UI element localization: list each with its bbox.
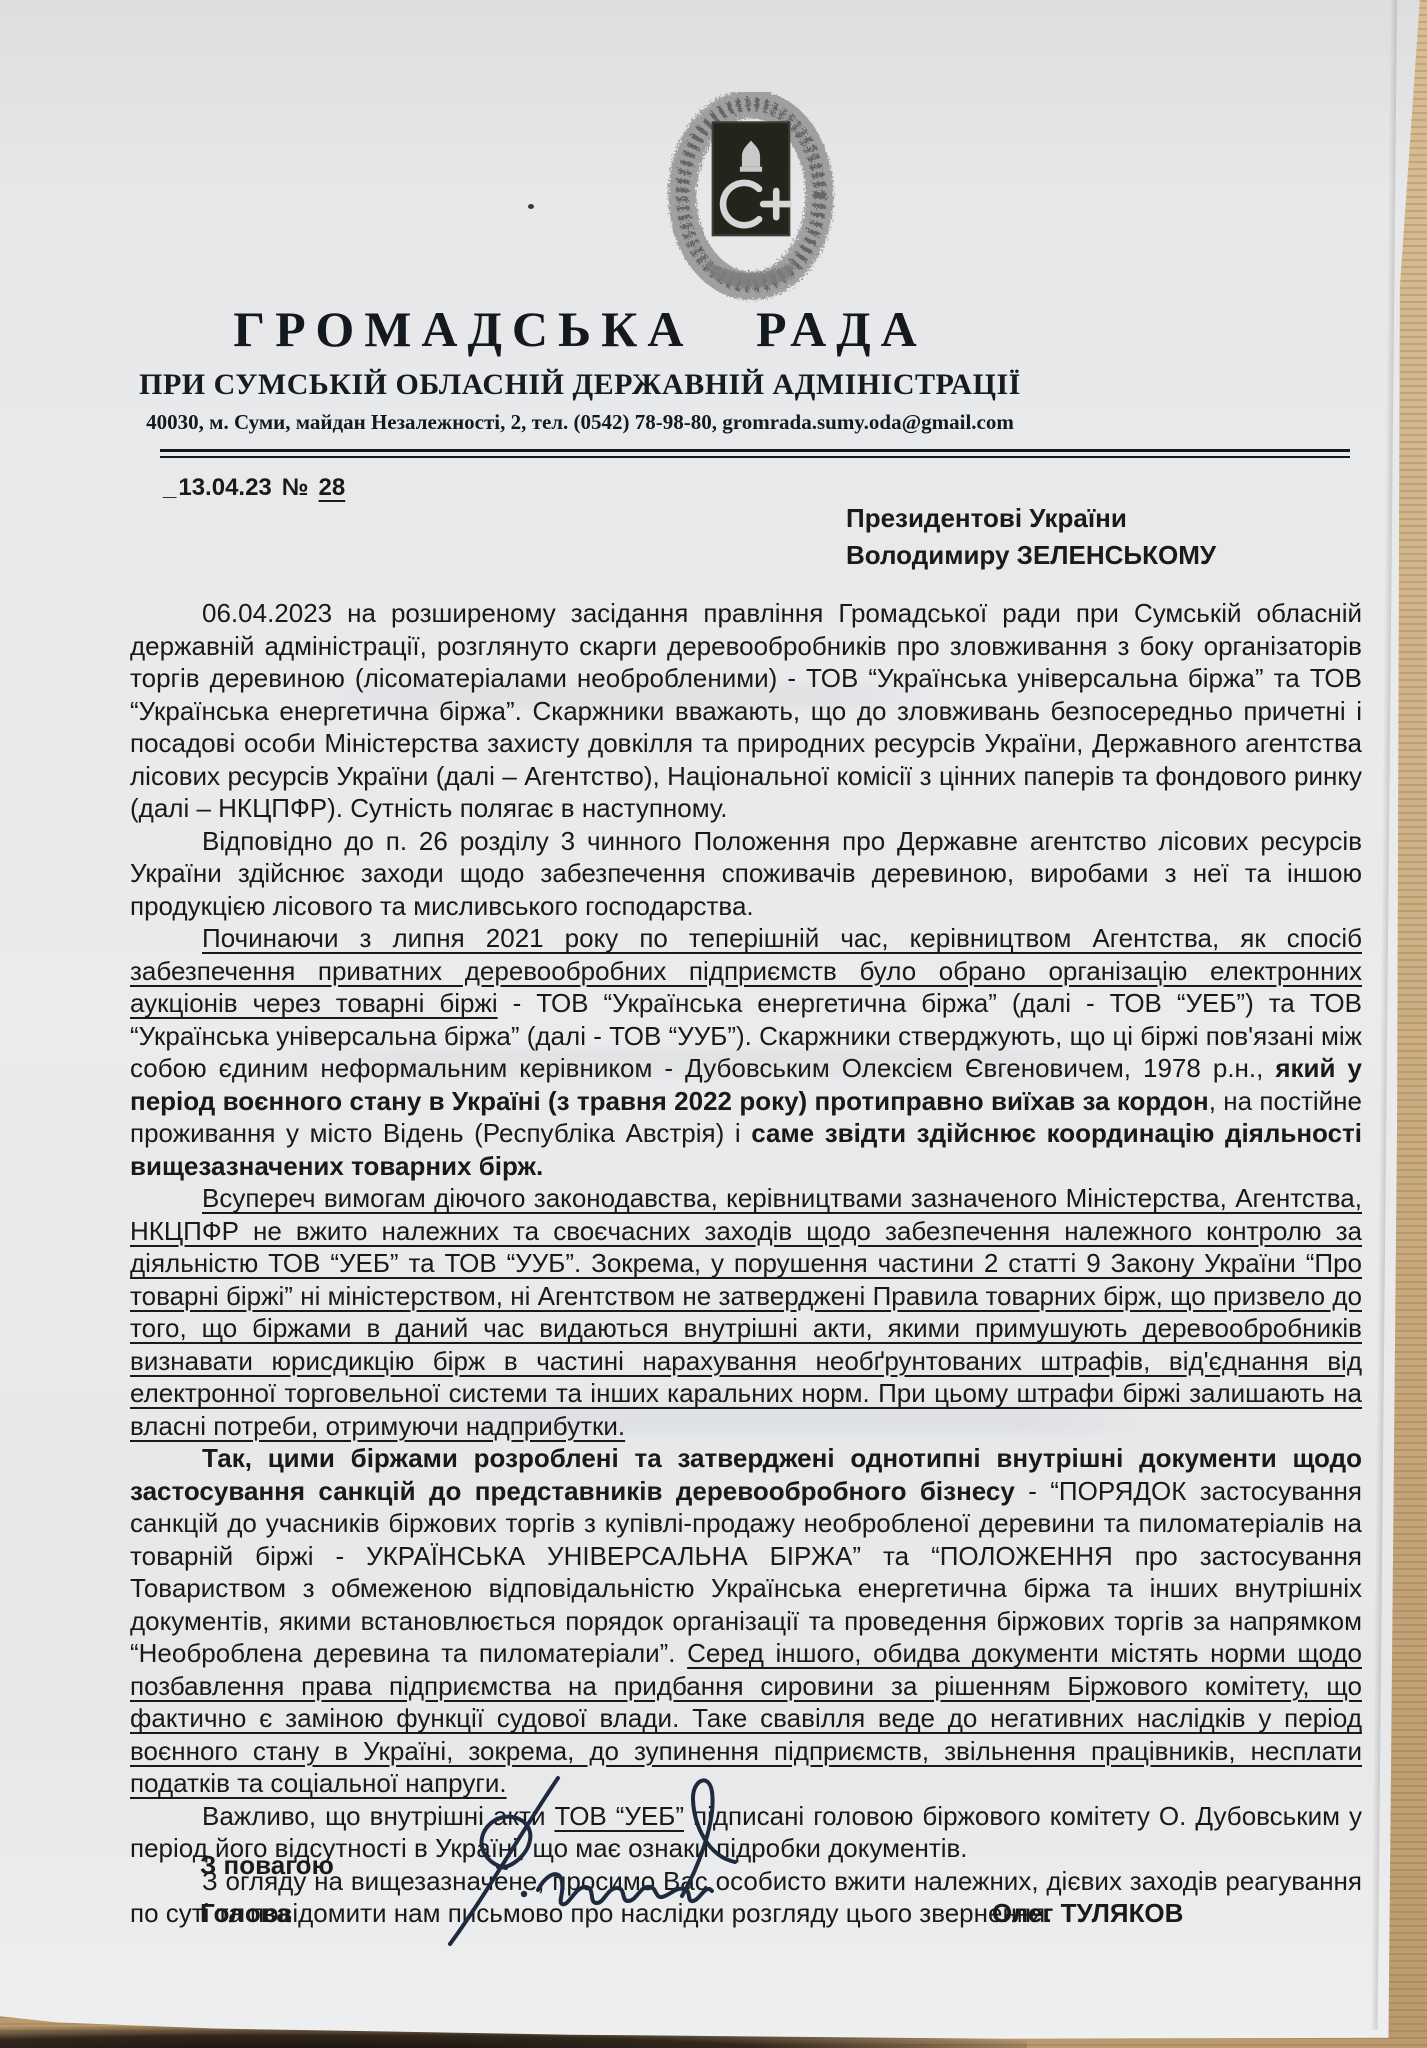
recipient-line1: Президентові України bbox=[846, 500, 1216, 537]
paragraph: Відповідно до п. 26 розділу 3 чинного По… bbox=[130, 825, 1362, 923]
text-run: Відповідно до п. 26 розділу 3 чинного По… bbox=[130, 826, 1362, 921]
paragraph: Починаючи з липня 2021 року по теперішні… bbox=[130, 922, 1362, 1182]
signature bbox=[420, 1748, 740, 1958]
reference-line: _13.04.23№28 bbox=[163, 474, 345, 502]
closing-role: Голова bbox=[200, 1898, 291, 1929]
letter-document: ГРОМАДСЬКА РАДА ПРИ СУМСЬКІЙ ОБЛАСНІЙ ДЕ… bbox=[0, 0, 1427, 2048]
organization-subtitle: ПРИ СУМСЬКІЙ ОБЛАСНІЙ ДЕРЖАВНІЙ АДМІНІСТ… bbox=[0, 368, 1160, 402]
recipient-block: Президентові України Володимиру ЗЕЛЕНСЬК… bbox=[846, 500, 1216, 574]
paragraph: Всупереч вимогам діючого законодавства, … bbox=[130, 1182, 1362, 1442]
photo-scene: ГРОМАДСЬКА РАДА ПРИ СУМСЬКІЙ ОБЛАСНІЙ ДЕ… bbox=[0, 0, 1427, 2048]
closing-salutation: З повагою bbox=[200, 1850, 334, 1881]
coat-of-arms-icon bbox=[662, 92, 840, 306]
header-divider bbox=[160, 449, 1350, 458]
closing-signer-name: Олег ТУЛЯКОВ bbox=[992, 1898, 1183, 1929]
paragraph: 06.04.2023 на розширеному засідання прав… bbox=[130, 597, 1362, 825]
reference-date: 13.04.23 bbox=[178, 474, 271, 501]
reference-mark: _ bbox=[163, 474, 176, 501]
ink-speck bbox=[528, 204, 534, 209]
text-run: Всупереч вимогам діючого законодавства, … bbox=[130, 1183, 1362, 1441]
recipient-line2: Володимиру ЗЕЛЕНСЬКОМУ bbox=[846, 537, 1216, 574]
organization-name: ГРОМАДСЬКА РАДА bbox=[0, 298, 1160, 360]
paragraph: Так, цими біржами розроблені та затвердж… bbox=[130, 1442, 1362, 1800]
organization-address: 40030, м. Суми, майдан Незалежності, 2, … bbox=[0, 410, 1160, 435]
text-run: 06.04.2023 на розширеному засідання прав… bbox=[130, 598, 1362, 823]
number-sign: № bbox=[282, 474, 309, 501]
reference-number: 28 bbox=[319, 474, 346, 501]
body-paragraphs: 06.04.2023 на розширеному засідання прав… bbox=[130, 597, 1362, 1930]
